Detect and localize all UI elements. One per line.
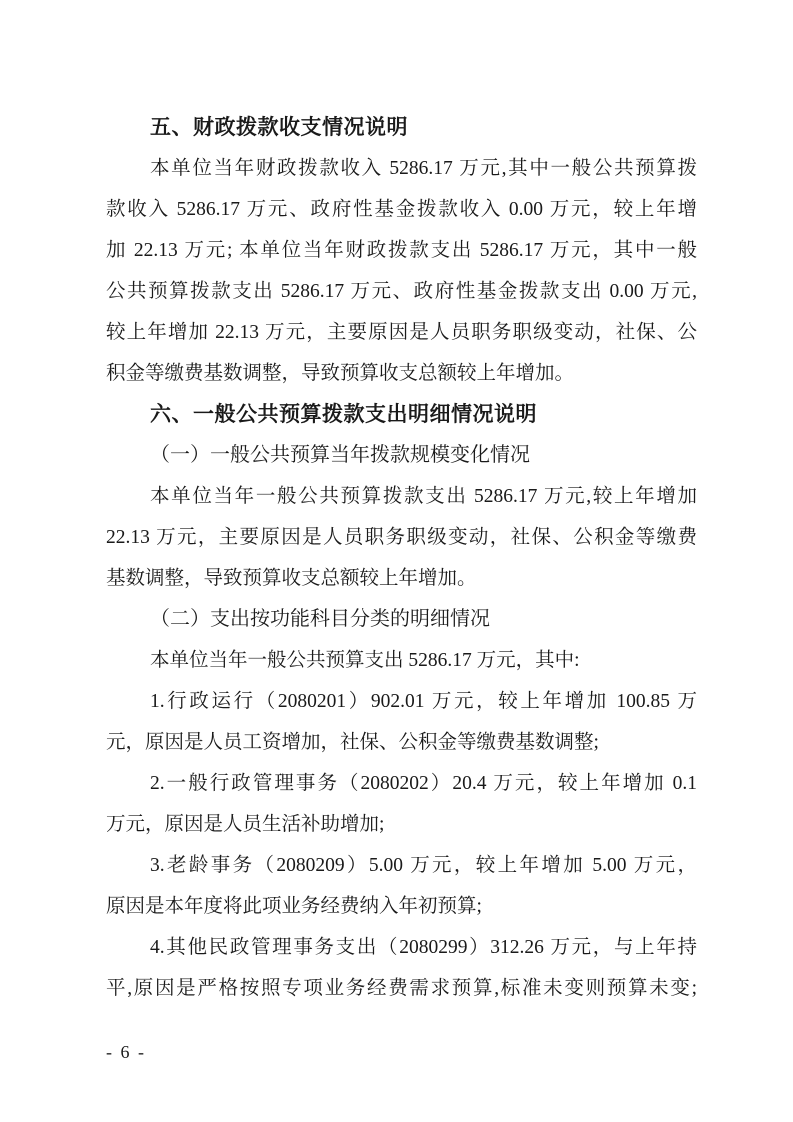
section-5-heading: 五、财政拨款收支情况说明	[106, 107, 697, 148]
section-5-paragraph-line: 积金等缴费基数调整，导致预算收支总额较上年增加。	[106, 353, 697, 394]
subsection-6-2-intro-line: 本单位当年一般公共预算支出 5286.17 万元，其中:	[106, 640, 697, 681]
section-5-paragraph-line: 本单位当年财政拨款收入 5286.17 万元,其中一般公共预算拨	[106, 148, 697, 189]
document-page: 五、财政拨款收支情况说明 本单位当年财政拨款收入 5286.17 万元,其中一般…	[0, 0, 793, 1122]
expense-item-1-line: 1.行政运行（2080201）902.01 万元，较上年增加 100.85 万	[106, 681, 697, 722]
subsection-6-1-paragraph-line: 本单位当年一般公共预算拨款支出 5286.17 万元,较上年增加	[106, 476, 697, 517]
subsection-6-1-paragraph-line: 基数调整，导致预算收支总额较上年增加。	[106, 558, 697, 599]
expense-item-4-line: 4.其他民政管理事务支出（2080299）312.26 万元，与上年持	[106, 927, 697, 968]
expense-item-4-line: 平,原因是严格按照专项业务经费需求预算,标准未变则预算未变;	[106, 968, 697, 1009]
section-5-paragraph-line: 加 22.13 万元; 本单位当年财政拨款支出 5286.17 万元，其中一般	[106, 230, 697, 271]
page-number: - 6 -	[106, 1032, 146, 1073]
expense-item-3-line: 原因是本年度将此项业务经费纳入年初预算;	[106, 886, 697, 927]
expense-item-2-line: 2.一般行政管理事务（2080202）20.4 万元，较上年增加 0.1	[106, 763, 697, 804]
expense-item-3-line: 3.老龄事务（2080209）5.00 万元，较上年增加 5.00 万元，	[106, 845, 697, 886]
section-5-paragraph-line: 较上年增加 22.13 万元，主要原因是人员职务职级变动，社保、公	[106, 312, 697, 353]
document-body: 五、财政拨款收支情况说明 本单位当年财政拨款收入 5286.17 万元,其中一般…	[106, 107, 697, 1009]
subsection-6-1-heading: （一）一般公共预算当年拨款规模变化情况	[106, 435, 697, 476]
section-5-paragraph-line: 公共预算拨款支出 5286.17 万元、政府性基金拨款支出 0.00 万元,	[106, 271, 697, 312]
expense-item-1-line: 元，原因是人员工资增加，社保、公积金等缴费基数调整;	[106, 722, 697, 763]
subsection-6-2-heading: （二）支出按功能科目分类的明细情况	[106, 599, 697, 640]
subsection-6-1-paragraph-line: 22.13 万元，主要原因是人员职务职级变动，社保、公积金等缴费	[106, 517, 697, 558]
section-5-paragraph-line: 款收入 5286.17 万元、政府性基金拨款收入 0.00 万元，较上年增	[106, 189, 697, 230]
section-6-heading: 六、一般公共预算拨款支出明细情况说明	[106, 394, 697, 435]
expense-item-2-line: 万元，原因是人员生活补助增加;	[106, 804, 697, 845]
